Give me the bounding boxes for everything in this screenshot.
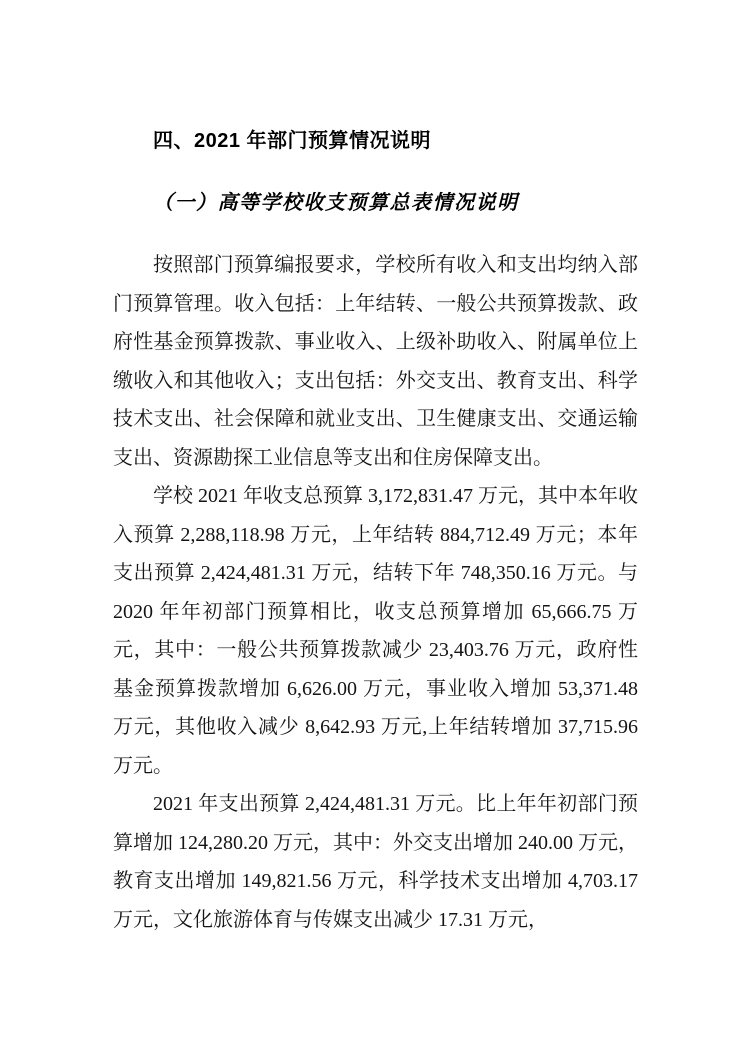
paragraph-budget-scope: 按照部门预算编报要求，学校所有收入和支出均纳入部门预算管理。收入包括：上年结转、… (113, 246, 638, 477)
paragraph-total-budget: 学校 2021 年收支总预算 3,172,831.47 万元，其中本年收入预算 … (113, 477, 638, 785)
document-page: 四、2021 年部门预算情况说明 （一）高等学校收支预算总表情况说明 按照部门预… (0, 0, 750, 1060)
section-heading: 四、2021 年部门预算情况说明 (113, 128, 638, 154)
subsection-heading: （一）高等学校收支预算总表情况说明 (113, 190, 638, 216)
paragraph-expenditure-changes: 2021 年支出预算 2,424,481.31 万元。比上年年初部门预算增加 1… (113, 785, 638, 939)
